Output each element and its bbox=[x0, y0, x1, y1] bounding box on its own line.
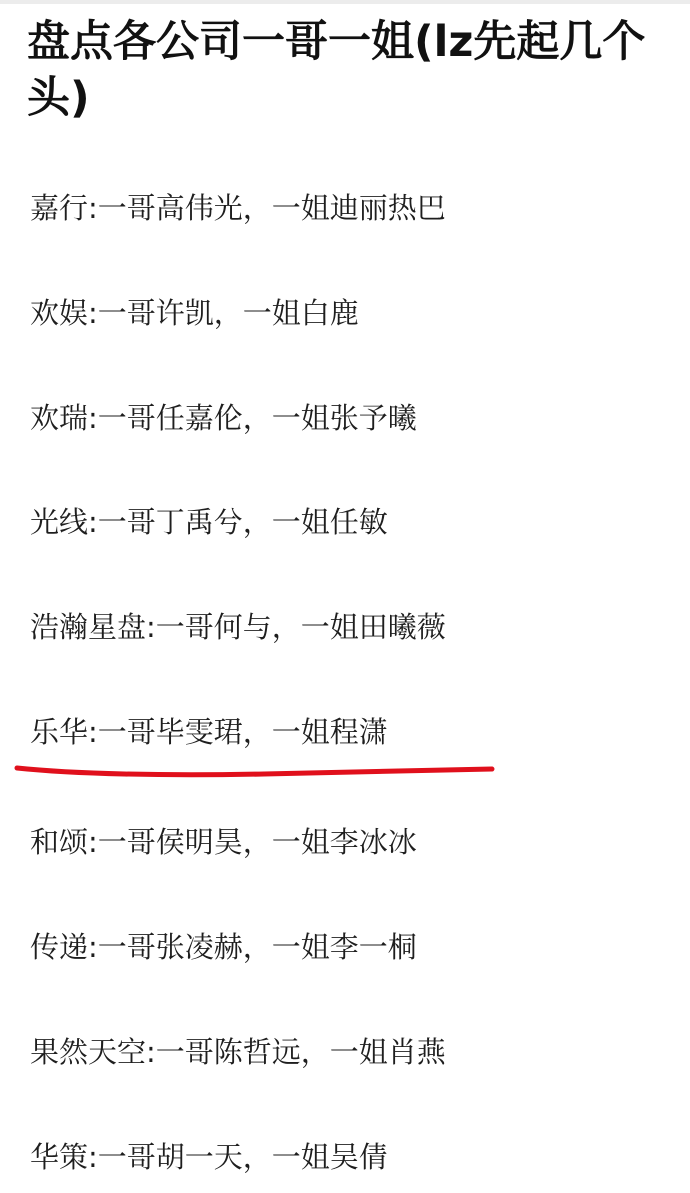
list-item: 欢瑞:一哥任嘉伦，一姐张予曦 bbox=[30, 398, 417, 438]
red-underline-annotation bbox=[14, 760, 496, 780]
list-item: 欢娱:一哥许凯，一姐白鹿 bbox=[30, 293, 359, 333]
list-item: 传递:一哥张凌赫，一姐李一桐 bbox=[30, 927, 417, 967]
list-item: 和颂:一哥侯明昊，一姐李冰冰 bbox=[30, 822, 417, 862]
list-item: 嘉行:一哥高伟光，一姐迪丽热巴 bbox=[30, 188, 446, 228]
list-item: 光线:一哥丁禹兮，一姐任敏 bbox=[30, 502, 388, 542]
post-title: 盘点各公司一哥一姐(lz先起几个头) bbox=[27, 14, 677, 126]
list-item-highlighted: 乐华:一哥毕雯珺，一姐程潇 bbox=[30, 712, 388, 752]
top-divider bbox=[0, 0, 690, 4]
list-item: 浩瀚星盘:一哥何与，一姐田曦薇 bbox=[30, 607, 446, 647]
list-item: 华策:一哥胡一天，一姐吴倩 bbox=[30, 1137, 388, 1177]
list-item: 果然天空:一哥陈哲远，一姐肖燕 bbox=[30, 1032, 446, 1072]
